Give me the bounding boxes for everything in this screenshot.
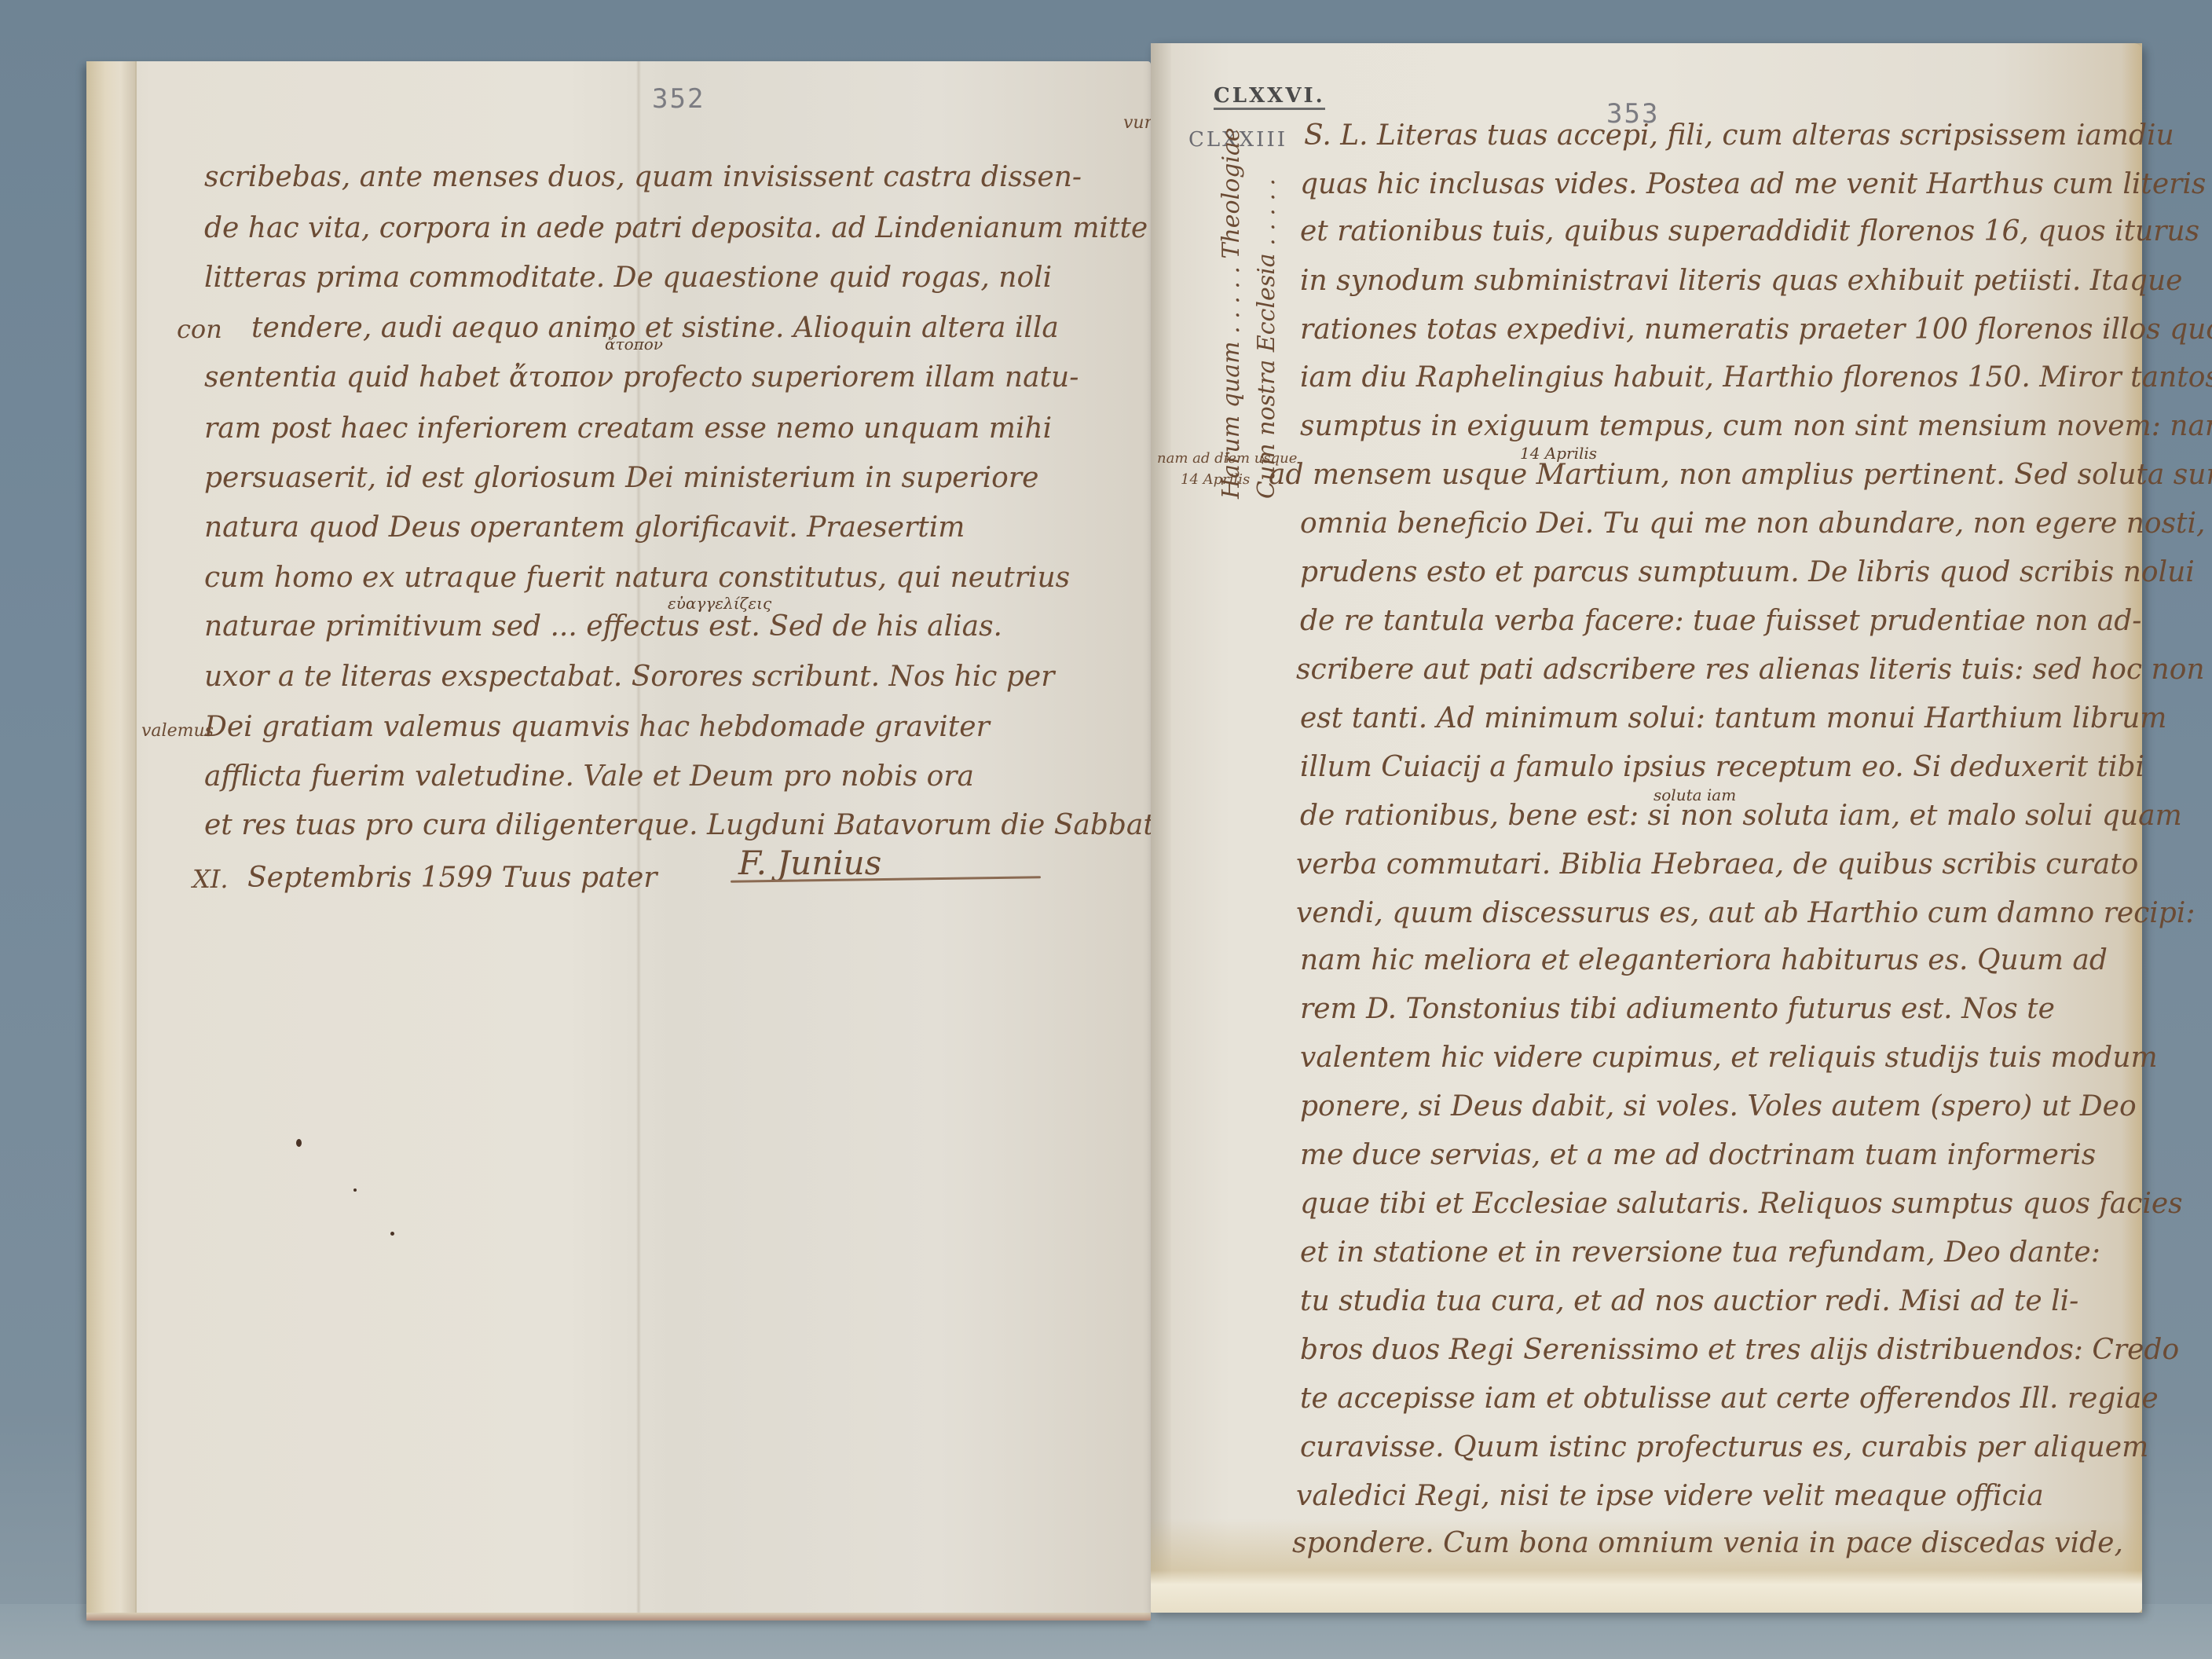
text-line: S. L. Literas tuas accepi, fili, cum alt… [1304,122,2174,150]
text-line: tu studia tua cura, et ad nos auctior re… [1300,1287,2078,1316]
text-line: rem D. Tonstonius tibi adiumento futurus… [1300,995,2055,1024]
text-line: spondere. Cum bona omnium venia in pace … [1292,1529,2123,1558]
text-line: curavisse. Quum istinc profecturus es, c… [1300,1434,2148,1462]
text-line: rationes totas expedivi, numeratis praet… [1300,316,2212,344]
text-line: litteras prima commoditate. De quaestion… [204,264,1052,292]
text-line: illum Cuiacij a famulo ipsius receptum e… [1300,753,2144,782]
text-line: Dei gratiam valemus quamvis hac hebdomad… [204,713,990,742]
text-line: cum homo ex utraque fuerit natura consti… [204,564,1070,592]
text-line: te accepisse iam et obtulisse aut certe … [1300,1385,2159,1413]
text-line: est tanti. Ad minimum solui: tantum monu… [1300,705,2166,733]
margin-note: con [177,314,222,344]
text-line: et res tuas pro cura diligenterque. Lugd… [204,811,1163,840]
left-page: 352 vunt scribebas, ante menses duos, qu… [86,61,1151,1621]
text-line: nam hic meliora et eleganteriora habitur… [1300,947,2108,975]
text-line: et rationibus tuis, quibus superaddidit … [1300,218,2199,246]
text-line: me duce servias, et a me ad doctrinam tu… [1300,1141,2096,1170]
interlinear-note: ἄτοπον [605,335,663,353]
page-gutter [1151,43,1171,1613]
text-line: valentem hic videre cupimus, et reliquis… [1300,1044,2158,1072]
text-line: quas hic inclusas vides. Postea ad me ve… [1300,170,2206,199]
text-line: afflicta fuerim valetudine. Vale et Deum… [204,763,974,791]
text-line: ad mensem usque Martium, non amplius per… [1269,461,2212,489]
text-line: sententia quid habet ἄτοπον profecto sup… [204,364,1079,392]
text-line: naturae primitivum sed ... effectus est.… [204,613,1002,641]
text-line: natura quod Deus operantem glorificavit.… [204,514,965,542]
ink-spot [353,1188,357,1192]
text-line: bros duos Regi Serenissimo et tres alijs… [1300,1336,2179,1364]
folio-number: 352 [652,83,705,115]
vertical-margin-note: Harum quam . . . . . Theologiae [1218,127,1245,499]
page-bottom-edge [86,1613,1151,1621]
text-line: prudens esto et parcus sumptuum. De libr… [1300,558,2195,587]
text-line: valedici Regi, nisi te ipse videre velit… [1296,1482,2044,1511]
text-line: et in statione et in reversione tua refu… [1300,1239,2100,1267]
margin-note: valemus [141,721,214,741]
text-line: de rationibus, bene est: si non soluta i… [1300,802,2182,830]
text-line: de hac vita, corpora in aede patri depos… [204,214,1148,243]
ink-spot [296,1139,302,1147]
text-line: verba commutari. Biblia Hebraea, de quib… [1296,851,2138,879]
text-line: persuaserit, id est gloriosum Dei minist… [204,464,1038,493]
page-edge-stack [86,61,137,1621]
text-line: omnia beneficio Dei. Tu qui me non abund… [1300,510,2205,538]
margin-note: XI. [192,864,229,894]
right-page: CLXXVI. 353 CLXXIII S. L. Literas tuas a… [1151,43,2142,1613]
text-line: iam diu Raphelingius habuit, Harthio flo… [1300,364,2212,392]
text-line: scribere aut pati adscribere res alienas… [1296,656,2205,684]
text-line: ponere, si Deus dabit, si voles. Voles a… [1300,1093,2137,1121]
text-line: Septembris 1599 Tuus pater [247,864,657,892]
text-line: uxor a te literas exspectabat. Sorores s… [204,663,1054,691]
letter-number: CLXXVI. [1214,84,1325,110]
ink-spot [390,1232,394,1236]
text-line: ram post haec inferiorem creatam esse ne… [204,415,1052,443]
vertical-margin-note: Cum nostra Ecclesia . . . . . [1253,178,1280,499]
text-line: scribebas, ante menses duos, quam invisi… [204,163,1082,192]
text-line: vendi, quum discessurus es, aut ab Harth… [1296,899,2196,928]
signature: F. Junius [738,847,881,880]
text-line: in synodum subministravi literis quas ex… [1300,267,2182,295]
text-line: sumptus in exiguum tempus, cum non sint … [1300,412,2212,441]
text-line: quae tibi et Ecclesiae salutaris. Reliqu… [1300,1190,2183,1218]
text-line: de re tantula verba facere: tuae fuisset… [1300,607,2141,635]
